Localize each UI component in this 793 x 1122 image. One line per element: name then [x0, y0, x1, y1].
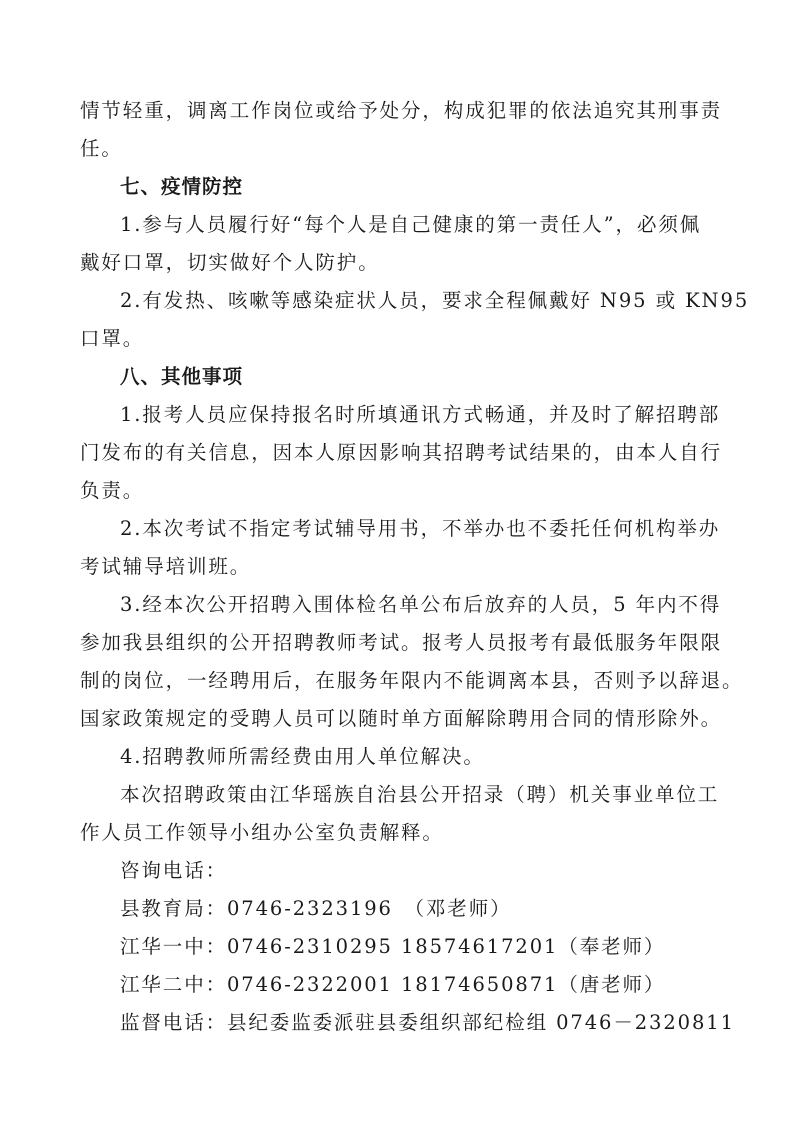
contact-jianghua-no1-school: 江华一中：0746-2310295 18574617201（奉老师） [80, 928, 726, 966]
document-page: 情节轻重，调离工作岗位或给予处分，构成犯罪的依法追究其刑事责 任。 七、疫情防控… [80, 92, 726, 1042]
section-heading-epidemic-control: 七、疫情防控 [80, 168, 726, 206]
paragraph-line: 负责。 [80, 472, 726, 510]
paragraph-line: 1.报考人员应保持报名时所填通讯方式畅通，并及时了解招聘部 [80, 396, 726, 434]
paragraph-line: 门发布的有关信息，因本人原因影响其招聘考试结果的，由本人自行 [80, 434, 726, 472]
paragraph-line: 国家政策规定的受聘人员可以随时单方面解除聘用合同的情形除外。 [80, 700, 726, 738]
paragraph-line: 参加我县组织的公开招聘教师考试。报考人员报考有最低服务年限限 [80, 624, 726, 662]
paragraph-line: 1.参与人员履行好“每个人是自己健康的第一责任人”，必须佩 [80, 206, 726, 244]
section-heading-other-matters: 八、其他事项 [80, 358, 726, 396]
paragraph-line: 制的岗位，一经聘用后，在服务年限内不能调离本县，否则予以辞退。 [80, 662, 726, 700]
contact-jianghua-no2-school: 江华二中：0746-2322001 18174650871（唐老师） [80, 966, 726, 1004]
paragraph-line: 4.招聘教师所需经费由用人单位解决。 [80, 738, 726, 776]
paragraph-line: 考试辅导培训班。 [80, 548, 726, 586]
paragraph-line: 本次招聘政策由江华瑶族自治县公开招录（聘）机关事业单位工 [80, 776, 726, 814]
paragraph-line: 2.本次考试不指定考试辅导用书，不举办也不委托任何机构举办 [80, 510, 726, 548]
contact-education-bureau: 县教育局：0746-2323196 （邓老师） [80, 890, 726, 928]
paragraph-line: 口罩。 [80, 320, 726, 358]
paragraph-line: 戴好口罩，切实做好个人防护。 [80, 244, 726, 282]
paragraph-line: 作人员工作领导小组办公室负责解释。 [80, 814, 726, 852]
contact-heading: 咨询电话： [80, 852, 726, 890]
paragraph-line: 2.有发热、咳嗽等感染症状人员，要求全程佩戴好 N95 或 KN95 [80, 282, 726, 320]
paragraph-line: 3.经本次公开招聘入围体检名单公布后放弃的人员，5 年内不得 [80, 586, 726, 624]
paragraph-line: 任。 [80, 130, 726, 168]
contact-supervision: 监督电话：县纪委监委派驻县委组织部纪检组 0746－2320811 [80, 1004, 726, 1042]
paragraph-line: 情节轻重，调离工作岗位或给予处分，构成犯罪的依法追究其刑事责 [80, 92, 726, 130]
